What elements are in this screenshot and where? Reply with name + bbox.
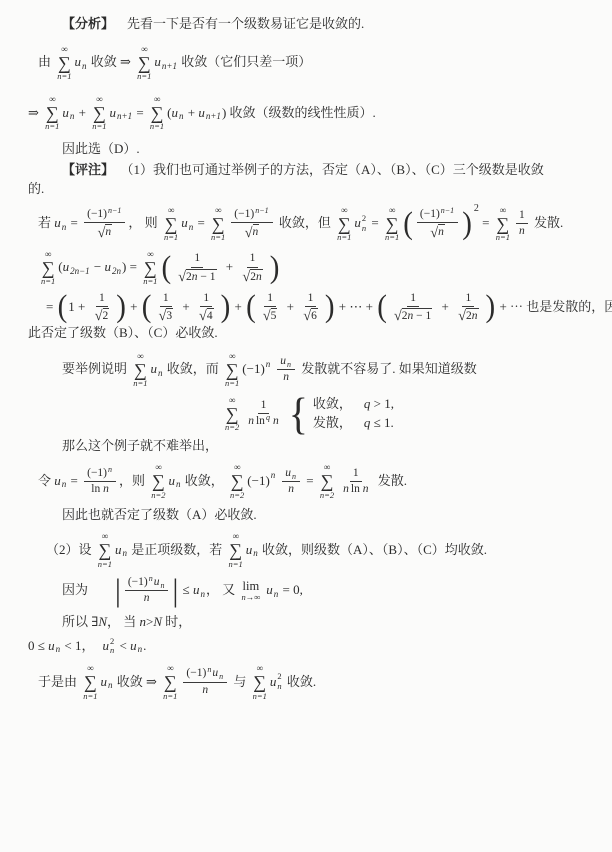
text-run: = bbox=[368, 215, 382, 232]
text-run: 收敛（它们只差一项） bbox=[178, 54, 311, 71]
sum-lower-limit: n=1 bbox=[45, 122, 59, 131]
text-run: 0 ≤ bbox=[28, 638, 48, 655]
sub-sup-stack: 2n bbox=[362, 214, 366, 234]
bold-heading: 【评注】 bbox=[62, 162, 114, 179]
square-root: √2n bbox=[242, 269, 262, 284]
expansion-line: = (1 + 1√2) + (1√3 + 1√4) + (1√5 + 1√6) … bbox=[46, 292, 588, 323]
math-variable: n bbox=[103, 483, 109, 496]
radical-glyph: √ bbox=[97, 228, 105, 240]
numerator: 1 bbox=[160, 292, 172, 307]
sigma-glyph: ∑ bbox=[98, 542, 111, 559]
denominator: √2 bbox=[92, 307, 113, 323]
math-variable: u bbox=[212, 667, 218, 680]
subscript: n bbox=[108, 680, 113, 692]
sigma-glyph: ∑ bbox=[93, 105, 106, 122]
text-run: + bbox=[127, 299, 141, 316]
text-run: 先看一下是否有一个级数易证它是收敛的. bbox=[114, 16, 364, 33]
sum-lower-limit: n=1 bbox=[163, 692, 177, 701]
text-run: 因此也就否定了级数（A）必收敛. bbox=[62, 507, 257, 524]
text-run: 那么这个例子就不难举出， bbox=[62, 438, 218, 455]
square-root: √2n − 1 bbox=[178, 269, 216, 284]
summation-symbol: ∞∑n=2 bbox=[151, 463, 165, 499]
text-run: = bbox=[46, 299, 57, 316]
subscript: n bbox=[158, 368, 163, 380]
cases-row: 发散，q ≤ 1. bbox=[313, 415, 394, 432]
summation-symbol: ∞∑n=1 bbox=[143, 250, 157, 286]
sum-lower-limit: n=1 bbox=[496, 233, 510, 242]
math-variable: u bbox=[198, 105, 205, 122]
summation-symbol: ∞∑n=1 bbox=[164, 206, 178, 242]
big-delimiter: ) bbox=[116, 293, 126, 321]
subscript: n bbox=[138, 644, 143, 656]
limit-word: lim bbox=[243, 580, 260, 593]
numerator: 1 bbox=[516, 209, 528, 224]
text-run: ) 收敛（级数的线性性质）. bbox=[222, 105, 376, 122]
radicand: 3 bbox=[166, 308, 173, 323]
text-run: 1 bbox=[308, 292, 314, 305]
fraction: (−1)n−1√n bbox=[84, 208, 125, 239]
text-run: （1）我们也可通过举例子的方法，否定（A）、（B）、（C）三个级数是收敛 bbox=[114, 162, 544, 179]
text-run: + bbox=[75, 105, 89, 122]
math-variable: u bbox=[48, 638, 55, 655]
math-variable: N bbox=[98, 614, 107, 631]
cases-rows: 收敛，q > 1,发散，q ≤ 1. bbox=[313, 396, 394, 433]
numerator: 1 bbox=[462, 292, 474, 307]
radicand: 2 bbox=[103, 308, 110, 323]
subscript: n bbox=[110, 646, 114, 656]
math-variable: n bbox=[288, 483, 294, 496]
remark-heading-line: 【评注】 （1）我们也可通过举例子的方法，否定（A）、（B）、（C）三个级数是收… bbox=[62, 162, 588, 179]
text-run: = bbox=[67, 215, 81, 232]
subscript: 2n bbox=[112, 266, 121, 278]
sigma-glyph: ∑ bbox=[138, 55, 151, 72]
text-run: 于是由 bbox=[38, 674, 80, 691]
subscript: n bbox=[62, 222, 67, 234]
big-delimiter: ( bbox=[246, 293, 256, 321]
big-delimiter: | bbox=[115, 577, 121, 605]
fraction: unn bbox=[277, 355, 295, 384]
subscript: n bbox=[70, 111, 75, 123]
text-run: − bbox=[91, 259, 105, 276]
text-run: > 1, bbox=[370, 396, 394, 413]
subscript: n bbox=[189, 222, 194, 234]
fraction: 1n bbox=[516, 209, 528, 238]
text-run: − 1 bbox=[198, 271, 216, 284]
denominator: √2n bbox=[455, 307, 481, 323]
radicand: 2n bbox=[466, 308, 479, 323]
text-run: 1 bbox=[203, 292, 209, 305]
sigma-glyph: ∑ bbox=[151, 105, 164, 122]
math-variable: n bbox=[472, 310, 478, 323]
denominator: nlnqn bbox=[245, 414, 281, 428]
text-run: 令 bbox=[38, 473, 54, 490]
big-delimiter: ( bbox=[142, 293, 152, 321]
text-run: (−1) bbox=[128, 576, 148, 589]
subscript: n bbox=[62, 479, 67, 491]
denominator: √2n − 1 bbox=[391, 307, 435, 323]
text-run: + bbox=[438, 299, 452, 316]
numerator: (−1)nun bbox=[125, 576, 169, 591]
math-variable: u bbox=[54, 473, 61, 490]
pairsum-line: ∞∑n=1(u2n−1 − u2n) = ∞∑n=1(1√2n − 1 + 1√… bbox=[38, 250, 588, 286]
fraction: (−1)nunn bbox=[183, 667, 227, 696]
sub-sup-stack: 2n bbox=[277, 672, 281, 692]
summation-symbol: ∞∑n=2 bbox=[225, 396, 239, 432]
text-run: + ⋯ 也是发散的，因 bbox=[496, 299, 612, 316]
text-run: + bbox=[283, 299, 297, 316]
sigma-glyph: ∑ bbox=[321, 473, 334, 490]
radical-glyph: √ bbox=[430, 228, 438, 240]
document-page: 【分析】 先看一下是否有一个级数易证它是收敛的.由 ∞∑n=1un 收敛 ⇒ ∞… bbox=[0, 0, 612, 852]
numerator: un bbox=[282, 467, 300, 482]
square-root: √2n bbox=[458, 308, 478, 323]
square-root: √n bbox=[430, 224, 445, 239]
square-root: √6 bbox=[303, 308, 318, 323]
text-run: 与 bbox=[230, 674, 250, 691]
fraction: 1√5 bbox=[260, 292, 281, 323]
big-delimiter: | bbox=[172, 577, 178, 605]
text-run: 5 bbox=[271, 310, 277, 323]
text-run: 1 + bbox=[68, 299, 88, 316]
square-root: √2n − 1 bbox=[394, 308, 432, 323]
numerator: 1 bbox=[258, 399, 270, 414]
text-run: (−1) bbox=[186, 667, 206, 680]
sum-lower-limit: n=1 bbox=[225, 379, 239, 388]
denominator: √n bbox=[427, 223, 448, 239]
text-run: ) = bbox=[122, 259, 140, 276]
text-run: （2）设 bbox=[46, 542, 95, 559]
summation-symbol: ∞∑n=2 bbox=[320, 463, 334, 499]
denominator: √n bbox=[94, 223, 115, 239]
subscript: n+1 bbox=[206, 111, 221, 123]
numerator: 1 bbox=[264, 292, 276, 307]
summation-symbol: ∞∑n=1 bbox=[385, 206, 399, 242]
sum-lower-limit: n=2 bbox=[225, 423, 239, 432]
square-root: √4 bbox=[199, 308, 214, 323]
big-delimiter: ) bbox=[486, 293, 496, 321]
denominator: √6 bbox=[300, 307, 321, 323]
fraction: 1√2n − 1 bbox=[391, 292, 435, 323]
summation-symbol: ∞∑n=1 bbox=[83, 664, 97, 700]
math-variable: u bbox=[280, 355, 286, 368]
math-variable: n bbox=[144, 592, 150, 605]
text-run: (−1) bbox=[87, 208, 107, 221]
numerator: (−1)nun bbox=[183, 667, 227, 682]
sum-lower-limit: n=1 bbox=[92, 122, 106, 131]
superscript: n bbox=[149, 574, 153, 583]
subscript: n bbox=[362, 224, 366, 234]
radicand: n bbox=[105, 224, 112, 239]
summation-symbol: ∞∑n=1 bbox=[229, 532, 243, 568]
expansion-wrap-line: 此否定了级数（B）、（C）必收敛. bbox=[28, 325, 588, 342]
text-run: ， 当 bbox=[107, 614, 140, 631]
summation-symbol: ∞∑n=1 bbox=[496, 206, 510, 242]
math-variable: u bbox=[63, 259, 70, 276]
text-run: 收敛 ⇒ bbox=[88, 54, 135, 71]
summation-symbol: ∞∑n=1 bbox=[41, 250, 55, 286]
math-variable: u bbox=[101, 674, 108, 691]
sigma-glyph: ∑ bbox=[338, 216, 351, 233]
sigma-glyph: ∑ bbox=[253, 674, 266, 691]
sum-lower-limit: n=1 bbox=[143, 277, 157, 286]
text-run: 此否定了级数（B）、（C）必收敛. bbox=[28, 325, 218, 342]
summation-symbol: ∞∑n=2 bbox=[230, 463, 244, 499]
superscript: n bbox=[108, 465, 112, 474]
fraction: 1√4 bbox=[196, 292, 217, 323]
radicand: 2n − 1 bbox=[402, 308, 433, 323]
text-run: 1 bbox=[410, 292, 416, 305]
text-run: ，则 bbox=[119, 473, 148, 490]
known-series-line: ∞∑n=21nlnqn{收敛，q > 1,发散，q ≤ 1. bbox=[28, 396, 588, 433]
denominator: n bbox=[280, 370, 292, 384]
subscript: n bbox=[292, 472, 296, 481]
text-run: 1 bbox=[261, 399, 267, 412]
radical-glyph: √ bbox=[178, 272, 186, 284]
summation-symbol: ∞∑n=1 bbox=[211, 206, 225, 242]
math-variable: n bbox=[256, 271, 262, 284]
sum-lower-limit: n=1 bbox=[41, 277, 55, 286]
subscript: n bbox=[274, 589, 279, 601]
denominator: n bbox=[141, 591, 153, 605]
fraction: 1√2n − 1 bbox=[175, 252, 219, 283]
sigma-glyph: ∑ bbox=[164, 674, 177, 691]
fraction: 1nlnqn bbox=[245, 399, 281, 428]
part2-line: （2）设 ∞∑n=1un 是正项级数，若 ∞∑n=1un 收敛，则级数（A）、（… bbox=[46, 532, 588, 568]
subscript: n bbox=[277, 682, 281, 692]
text-run: 1 bbox=[194, 252, 200, 265]
denominator: ln n bbox=[88, 482, 112, 496]
because-line: 因为|(−1)nunn| ≤ un， 又 limn→∞un = 0, bbox=[62, 576, 588, 605]
square-root: √3 bbox=[158, 308, 173, 323]
math-variable: u bbox=[105, 259, 112, 276]
text-run: = bbox=[67, 473, 81, 490]
text-run: ≤ bbox=[179, 582, 193, 599]
summation-symbol: ∞∑n=1 bbox=[150, 95, 164, 131]
numerator: 1 bbox=[407, 292, 419, 307]
sigma-glyph: ∑ bbox=[152, 473, 165, 490]
radical-glyph: √ bbox=[458, 311, 466, 323]
limit-subscript: n→∞ bbox=[241, 593, 260, 602]
square-root: √n bbox=[97, 224, 112, 239]
radicand: 4 bbox=[207, 308, 214, 323]
sigma-glyph: ∑ bbox=[226, 406, 239, 423]
text-run: 1 bbox=[267, 292, 273, 305]
big-delimiter: ) bbox=[462, 210, 472, 238]
text-run: 1 bbox=[465, 292, 471, 305]
fraction: (−1)nunn bbox=[125, 576, 169, 605]
denominator: n bbox=[285, 482, 297, 496]
premise-line: 由 ∞∑n=1un 收敛 ⇒ ∞∑n=1un+1 收敛（它们只差一项） bbox=[38, 45, 588, 81]
math-variable: n bbox=[283, 371, 289, 384]
text-run: 发散. bbox=[374, 473, 407, 490]
text-run: + ⋯ + bbox=[336, 299, 377, 316]
math-variable: n bbox=[202, 684, 208, 697]
text-run: 是正项级数，若 bbox=[128, 542, 226, 559]
text-run: 因此选（D）. bbox=[62, 141, 140, 158]
math-variable: n bbox=[363, 483, 369, 496]
text-run: 收敛. bbox=[284, 674, 317, 691]
big-delimiter: ( bbox=[377, 293, 387, 321]
sigma-glyph: ∑ bbox=[165, 216, 178, 233]
text-run: (−1) bbox=[242, 361, 265, 378]
summation-symbol: ∞∑n=1 bbox=[163, 664, 177, 700]
denominator: √3 bbox=[155, 307, 176, 323]
sum-lower-limit: n=1 bbox=[337, 233, 351, 242]
summation-symbol: ∞∑n=1 bbox=[337, 206, 351, 242]
text-run: = bbox=[133, 105, 147, 122]
subscript: n bbox=[287, 360, 291, 369]
math-variable: u bbox=[154, 576, 160, 589]
math-variable: u bbox=[130, 638, 137, 655]
fraction: 1√2 bbox=[92, 292, 113, 323]
math-variable: n bbox=[105, 226, 111, 239]
math-variable: u bbox=[181, 215, 188, 232]
text-run: 4 bbox=[207, 310, 213, 323]
text-run: ， 则 bbox=[128, 215, 161, 232]
radicand: 6 bbox=[311, 308, 318, 323]
sigma-glyph: ∑ bbox=[386, 216, 399, 233]
sigma-glyph: ∑ bbox=[144, 260, 157, 277]
fraction: 1√3 bbox=[155, 292, 176, 323]
text-run: (−1) bbox=[234, 208, 254, 221]
text-run: + bbox=[223, 259, 237, 276]
bold-heading: 【分析】 bbox=[62, 16, 114, 33]
example1-line: 若 un = (−1)n−1√n， 则 ∞∑n=1un = ∞∑n=1(−1)n… bbox=[38, 206, 588, 242]
text-run: 3 bbox=[166, 310, 172, 323]
text-run: 1 bbox=[99, 292, 105, 305]
math-variable: n bbox=[438, 226, 444, 239]
text-run: 6 bbox=[311, 310, 317, 323]
sigma-glyph: ∑ bbox=[226, 362, 239, 379]
radicand: 2n bbox=[250, 269, 263, 284]
sigma-glyph: ∑ bbox=[58, 55, 71, 72]
summation-symbol: ∞∑n=1 bbox=[137, 45, 151, 81]
text-run: + bbox=[179, 299, 193, 316]
math-variable: u bbox=[110, 105, 117, 122]
text-run: 的. bbox=[28, 181, 44, 198]
analysis-heading-line: 【分析】 先看一下是否有一个级数易证它是收敛的. bbox=[62, 16, 588, 33]
superscript: n−1 bbox=[441, 206, 454, 215]
sigma-glyph: ∑ bbox=[212, 216, 225, 233]
fraction: 1√6 bbox=[300, 292, 321, 323]
cases-row: 收敛，q > 1, bbox=[313, 396, 394, 413]
text-run: 收敛 ⇒ bbox=[114, 674, 161, 691]
text-run: (−1) bbox=[420, 208, 440, 221]
subscript: n+1 bbox=[117, 111, 132, 123]
summation-symbol: ∞∑n=1 bbox=[253, 664, 267, 700]
math-variable: u bbox=[270, 674, 277, 691]
sigma-glyph: ∑ bbox=[229, 542, 242, 559]
subscript: n bbox=[179, 111, 184, 123]
numerator: (−1)n−1 bbox=[417, 208, 458, 223]
sum-lower-limit: n=1 bbox=[229, 560, 243, 569]
denominator: √n bbox=[242, 223, 263, 239]
text-run: 收敛，但 bbox=[276, 215, 335, 232]
text-run: 1 bbox=[250, 252, 256, 265]
radicand: 5 bbox=[271, 308, 278, 323]
text-run: 收敛， bbox=[313, 396, 352, 413]
radical-glyph: √ bbox=[245, 228, 253, 240]
denominator: n bbox=[199, 683, 211, 697]
math-variable: u bbox=[285, 467, 291, 480]
sum-lower-limit: n=1 bbox=[83, 692, 97, 701]
big-delimiter: ( bbox=[58, 293, 68, 321]
subscript: n bbox=[253, 548, 258, 560]
text-run: ⇒ bbox=[28, 105, 42, 122]
text-run: + bbox=[185, 105, 199, 122]
text-run: (−1) bbox=[247, 473, 270, 490]
math-variable: u bbox=[62, 105, 69, 122]
summation-symbol: ∞∑n=1 bbox=[225, 352, 239, 388]
big-delimiter: ( bbox=[161, 254, 171, 282]
subscript: n bbox=[123, 548, 128, 560]
radical-glyph: √ bbox=[242, 272, 250, 284]
math-variable: u bbox=[193, 582, 200, 599]
big-delimiter: ) bbox=[221, 293, 231, 321]
sum-lower-limit: n=1 bbox=[385, 233, 399, 242]
numerator: 1 bbox=[247, 252, 259, 267]
denominator: √2n − 1 bbox=[175, 268, 219, 284]
final-line: 于是由 ∞∑n=1un 收敛 ⇒ ∞∑n=1(−1)nunn 与 ∞∑n=1u2… bbox=[38, 664, 588, 700]
subscript: n bbox=[200, 589, 205, 601]
radical-glyph: √ bbox=[263, 311, 271, 323]
text-run: 时， bbox=[162, 614, 191, 631]
sum-lower-limit: n=1 bbox=[137, 72, 151, 81]
fraction: (−1)nln n bbox=[84, 467, 116, 496]
math-variable: n bbox=[248, 415, 254, 428]
math-variable: u bbox=[266, 582, 273, 599]
radical-glyph: √ bbox=[199, 311, 207, 323]
cases-group: {收敛，q > 1,发散，q ≤ 1. bbox=[289, 396, 394, 433]
text-run: 若 bbox=[38, 215, 54, 232]
sum-lower-limit: n=1 bbox=[164, 233, 178, 242]
text-run: < 1， bbox=[61, 638, 94, 655]
counterexample-intro-line: 要举例说明 ∞∑n=1un 收敛，而 ∞∑n=1(−1)nunn 发散就不容易了… bbox=[62, 352, 588, 388]
limit-symbol: limn→∞ bbox=[241, 580, 260, 602]
fraction: unn bbox=[282, 467, 300, 496]
text-run: = bbox=[303, 473, 317, 490]
text-run: 收敛，而 bbox=[164, 361, 223, 378]
math-variable: u bbox=[75, 54, 82, 71]
subscript: n bbox=[56, 644, 61, 656]
fraction: 1√2n bbox=[239, 252, 265, 283]
sum-lower-limit: n=1 bbox=[98, 560, 112, 569]
text-run: ln bbox=[351, 483, 363, 496]
numerator: 1 bbox=[350, 467, 362, 482]
denominator: n bbox=[516, 224, 528, 238]
text-run: 1 bbox=[353, 467, 359, 480]
document-content: 【分析】 先看一下是否有一个级数易证它是收敛的.由 ∞∑n=1un 收敛 ⇒ ∞… bbox=[28, 16, 588, 700]
sigma-glyph: ∑ bbox=[46, 105, 59, 122]
sum-lower-limit: n=1 bbox=[253, 692, 267, 701]
text-run: = 0, bbox=[279, 582, 303, 599]
text-run: 因为 bbox=[62, 582, 88, 599]
subscript: n bbox=[82, 61, 87, 73]
answer-line: 因此选（D）. bbox=[62, 141, 588, 158]
sub-sup-stack: 2n bbox=[110, 637, 114, 657]
subscript: n bbox=[160, 581, 164, 590]
math-variable: u bbox=[154, 54, 161, 71]
construction-line: 令 un = (−1)nln n，则 ∞∑n=2un 收敛， ∞∑n=2(−1)… bbox=[38, 463, 588, 499]
math-variable: n bbox=[273, 415, 279, 428]
then-line: 那么这个例子就不难举出， bbox=[62, 438, 588, 455]
superscript: n bbox=[207, 665, 211, 674]
math-variable: n bbox=[519, 225, 525, 238]
text-run: 由 bbox=[38, 54, 54, 71]
big-delimiter: ( bbox=[403, 210, 413, 238]
math-variable: N bbox=[153, 614, 162, 631]
math-variable: n bbox=[343, 483, 349, 496]
